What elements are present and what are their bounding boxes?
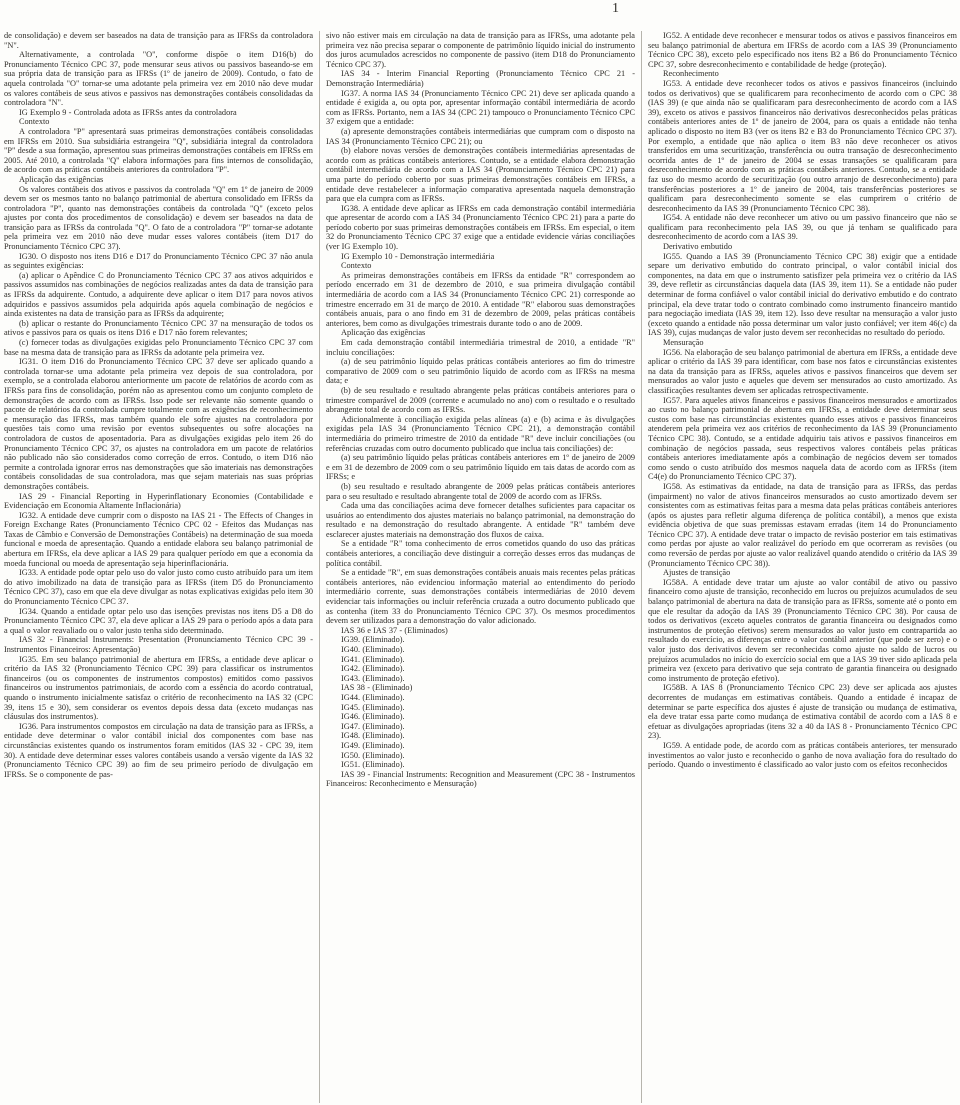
paragraph: IG58A. A entidade deve tratar um ajuste … (648, 578, 957, 684)
paragraph: Aplicação das exigências (326, 328, 635, 338)
paragraph: IAS 32 - Financial Instruments: Presenta… (4, 635, 313, 654)
paragraph: IAS 34 - Interim Financial Reporting (Pr… (326, 69, 635, 88)
paragraph: (a) apresente demonstrações contábeis in… (326, 127, 635, 146)
paragraph: IG58. As estimativas da entidade, na dat… (648, 482, 957, 568)
paragraph: IG34. Quando a entidade optar pelo uso d… (4, 607, 313, 636)
paragraph: IG54. A entidade não deve reconhecer um … (648, 213, 957, 242)
paragraph: Se a entidade "R", em suas demonstrações… (326, 568, 635, 626)
page-number: 1 (612, 1, 619, 17)
column-1: de consolidação) e devem ser baseados na… (4, 31, 313, 1103)
paragraph: IG30. O disposto nos itens D16 e D17 do … (4, 252, 313, 271)
paragraph: Adicionalmente à conciliação exigida pel… (326, 415, 635, 453)
paragraph: IG44. (Eliminado). (326, 693, 635, 703)
paragraph: Os valores contábeis dos ativos e passiv… (4, 185, 313, 252)
column-divider-1 (319, 31, 320, 1103)
paragraph: IAS 29 - Financial Reporting in Hyperinf… (4, 492, 313, 511)
paragraph: (c) fornecer todas as divulgações exigid… (4, 338, 313, 357)
paragraph: IG51. (Eliminado). (326, 760, 635, 770)
paragraph: IG37. A norma IAS 34 (Pronunciamento Téc… (326, 89, 635, 127)
paragraph: IG40. (Eliminado). (326, 645, 635, 655)
paragraph: IG Exemplo 9 - Controlada adota as IFRSs… (4, 108, 313, 118)
paragraph: IG33. A entidade pode optar pelo uso do … (4, 568, 313, 606)
column-divider-2 (641, 31, 642, 1103)
paragraph: Aplicação das exigências (4, 175, 313, 185)
paragraph: (a) aplicar o Apêndice C do Pronunciamen… (4, 271, 313, 319)
paragraph: (b) seu resultado e resultado abrangente… (326, 482, 635, 501)
paragraph: IG53. A entidade deve reconhecer todos o… (648, 79, 957, 213)
paragraph: (a) de seu patrimônio líquido pelas prát… (326, 357, 635, 386)
paragraph: Se a entidade "R" toma conhecimento de e… (326, 539, 635, 568)
paragraph: IG31. O item D16 do Pronunciamento Técni… (4, 357, 313, 491)
paragraph: IG59. A entidade pode, de acordo com as … (648, 741, 957, 770)
paragraph: IG38. A entidade deve aplicar as IFRSs e… (326, 204, 635, 252)
paragraph: (b) de seu resultado e resultado abrange… (326, 386, 635, 415)
paragraph: IG41. (Eliminado). (326, 655, 635, 665)
paragraph: IG50. (Eliminado). (326, 751, 635, 761)
column-2: sivo não estiver mais em circulação na d… (326, 31, 635, 1103)
paragraph: (a) seu patrimônio líquido pelas prática… (326, 453, 635, 482)
paragraph: IAS 39 - Financial Instruments: Recognit… (326, 770, 635, 789)
paragraph: IG39. (Eliminado). (326, 635, 635, 645)
paragraph: IG32. A entidade deve cumprir com o disp… (4, 511, 313, 569)
paragraph: IG56. Na elaboração de seu balanço patri… (648, 348, 957, 396)
paragraph: de consolidação) e devem ser baseados na… (4, 31, 313, 50)
paragraph: IG46. (Eliminado). (326, 712, 635, 722)
paragraph: Reconhecimento (648, 69, 957, 79)
paragraph: Cada uma das conciliações acima deve for… (326, 501, 635, 539)
paragraph: A controladora "P" apresentará suas prim… (4, 127, 313, 175)
paragraph: Em cada demonstração contábil intermediá… (326, 338, 635, 357)
paragraph: IG45. (Eliminado). (326, 703, 635, 713)
paragraph: IAS 38 - (Eliminado) (326, 683, 635, 693)
paragraph: IG49. (Eliminado). (326, 741, 635, 751)
paragraph: IG58B. A IAS 8 (Pronunciamento Técnico C… (648, 683, 957, 741)
paragraph: IG36. Para instrumentos compostos em cir… (4, 722, 313, 780)
paragraph: Alternativamente, a controlada "O", conf… (4, 50, 313, 108)
text-columns: de consolidação) e devem ser baseados na… (4, 31, 957, 1103)
document-page: 1 de consolidação) e devem ser baseados … (0, 0, 960, 1105)
paragraph: IG43. (Eliminado). (326, 674, 635, 684)
paragraph: Mensuração (648, 338, 957, 348)
paragraph: Ajustes de transição (648, 568, 957, 578)
paragraph: (b) elabore novas versões de demonstraçõ… (326, 146, 635, 204)
column-3: IG52. A entidade deve reconhecer e mensu… (648, 31, 957, 1103)
paragraph: IG52. A entidade deve reconhecer e mensu… (648, 31, 957, 69)
paragraph: IG48. (Eliminado). (326, 731, 635, 741)
paragraph: Contexto (4, 117, 313, 127)
paragraph: IG42. (Eliminado). (326, 664, 635, 674)
paragraph: IG57. Para aqueles ativos financeiros e … (648, 396, 957, 482)
paragraph: IG47. (Eliminado). (326, 722, 635, 732)
paragraph: (b) aplicar o restante do Pronunciamento… (4, 319, 313, 338)
paragraph: IG Exemplo 10 - Demonstração intermediár… (326, 252, 635, 262)
paragraph: IAS 36 e IAS 37 - (Eliminados) (326, 626, 635, 636)
paragraph: sivo não estiver mais em circulação na d… (326, 31, 635, 69)
paragraph: Contexto (326, 261, 635, 271)
paragraph: Derivativo embutido (648, 242, 957, 252)
paragraph: As primeiras demonstrações contábeis em … (326, 271, 635, 329)
paragraph: IG35. Em seu balanço patrimonial de aber… (4, 655, 313, 722)
paragraph: IG55. Quando a IAS 39 (Pronunciamento Té… (648, 252, 957, 338)
